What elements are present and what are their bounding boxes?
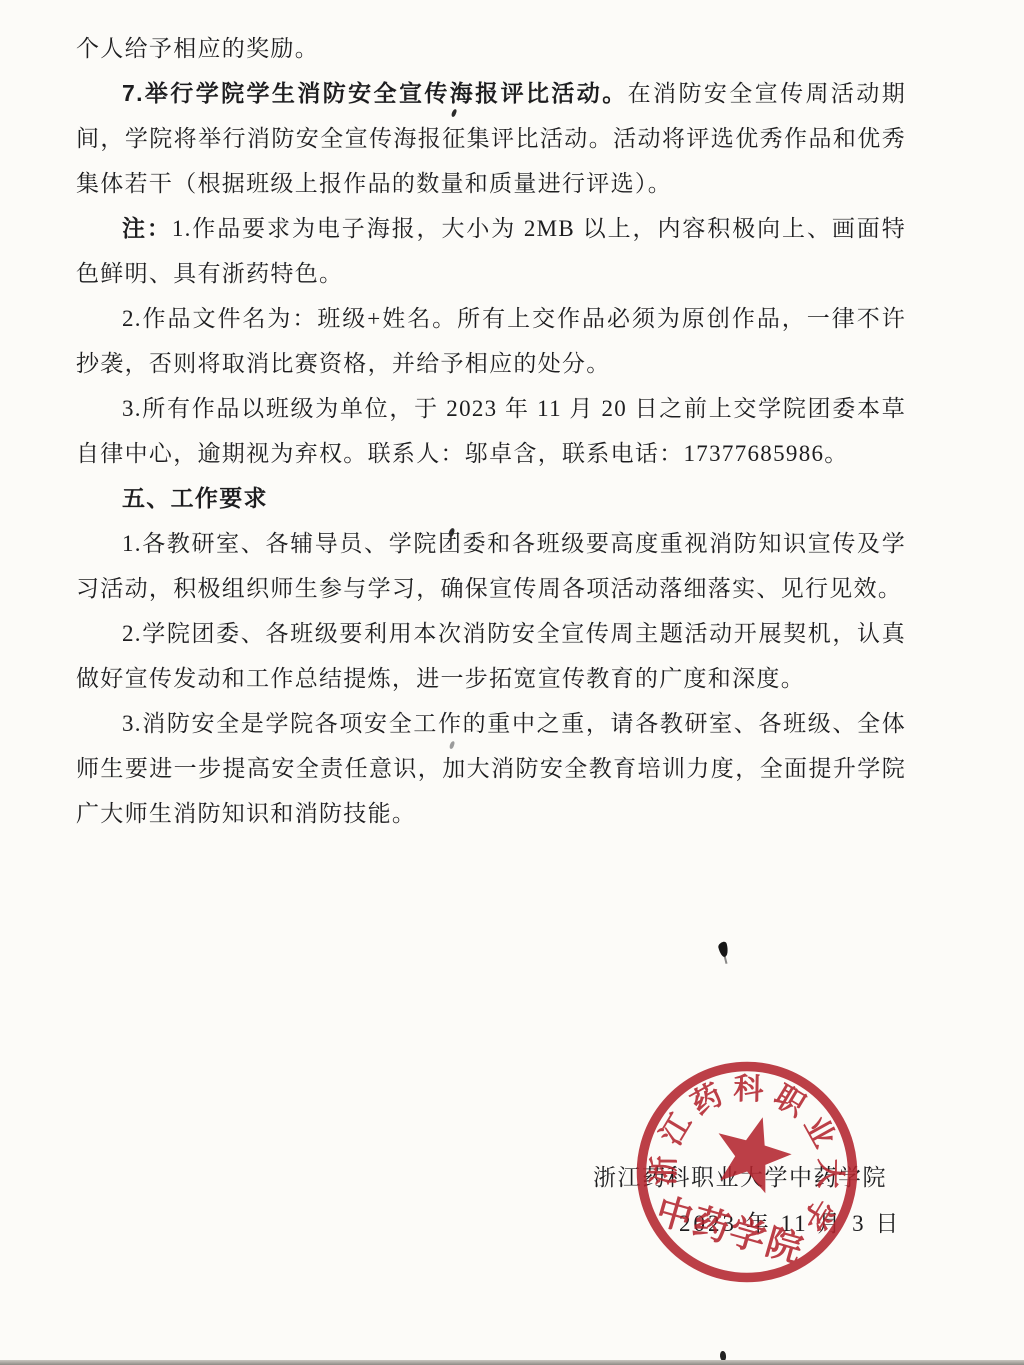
text-run: 注： bbox=[122, 216, 172, 241]
signature-org: 浙江药科职业大学中药学院 bbox=[593, 1159, 887, 1192]
text-run: 个人给予相应的奖励。 bbox=[76, 36, 319, 61]
text-run: 3.消防安全是学院各项安全工作的重中之重，请各教研室、各班级、全体师生要进一步提… bbox=[76, 711, 906, 826]
text-run: 2.学院团委、各班级要利用本次消防安全宣传周主题活动开展契机，认真做好宣传发动和… bbox=[76, 621, 906, 691]
text-run: 1.各教研室、各辅导员、学院团委和各班级要高度重视消防知识宣传及学习活动，积极组… bbox=[76, 531, 906, 601]
text-run: 7.举行学院学生消防安全宣传海报评比活动。 bbox=[122, 80, 628, 106]
signature-date: 2023 年 11 月 3 日 bbox=[679, 1205, 901, 1238]
paragraph: 1.各教研室、各辅导员、学院团委和各班级要高度重视消防知识宣传及学习活动，积极组… bbox=[76, 521, 906, 611]
paragraph: 注：1.作品要求为电子海报，大小为 2MB 以上，内容积极向上、画面特色鲜明、具… bbox=[76, 206, 906, 296]
seal-ring-char: 业 bbox=[797, 1111, 840, 1153]
text-run: 五、工作要求 bbox=[122, 485, 268, 511]
paragraph: 7.举行学院学生消防安全宣传海报评比活动。在消防安全宣传周活动期间，学院将举行消… bbox=[76, 71, 906, 206]
seal-ring-char: 职 bbox=[768, 1079, 812, 1123]
text-run: 1.作品要求为电子海报，大小为 2MB 以上，内容积极向上、画面特色鲜明、具有浙… bbox=[76, 216, 906, 286]
text-run: 2.作品文件名为：班级+姓名。所有上交作品必须为原创作品，一律不许抄袭，否则将取… bbox=[76, 306, 906, 376]
paragraph: 2.学院团委、各班级要利用本次消防安全宣传周主题活动开展契机，认真做好宣传发动和… bbox=[76, 611, 906, 701]
ink-speck bbox=[717, 941, 729, 958]
document-text-block: 个人给予相应的奖励。7.举行学院学生消防安全宣传海报评比活动。在消防安全宣传周活… bbox=[76, 26, 906, 836]
paragraph: 3.所有作品以班级为单位，于 2023 年 11 月 20 日之前上交学院团委本… bbox=[76, 386, 906, 476]
seal-ring-char: 药 bbox=[686, 1078, 728, 1121]
paragraph: 3.消防安全是学院各项安全工作的重中之重，请各教研室、各班级、全体师生要进一步提… bbox=[76, 701, 906, 836]
scanned-document-page: 个人给予相应的奖励。7.举行学院学生消防安全宣传海报评比活动。在消防安全宣传周活… bbox=[0, 0, 1024, 1365]
text-run: 3.所有作品以班级为单位，于 2023 年 11 月 20 日之前上交学院团委本… bbox=[76, 396, 906, 466]
paragraph: 个人给予相应的奖励。 bbox=[76, 26, 906, 71]
scan-edge-line bbox=[0, 1360, 1024, 1365]
paragraph: 2.作品文件名为：班级+姓名。所有上交作品必须为原创作品，一律不许抄袭，否则将取… bbox=[76, 296, 906, 386]
paragraph: 五、工作要求 bbox=[76, 476, 906, 521]
seal-ring-char: 科 bbox=[733, 1072, 764, 1107]
seal-ring-char: 江 bbox=[654, 1108, 698, 1151]
